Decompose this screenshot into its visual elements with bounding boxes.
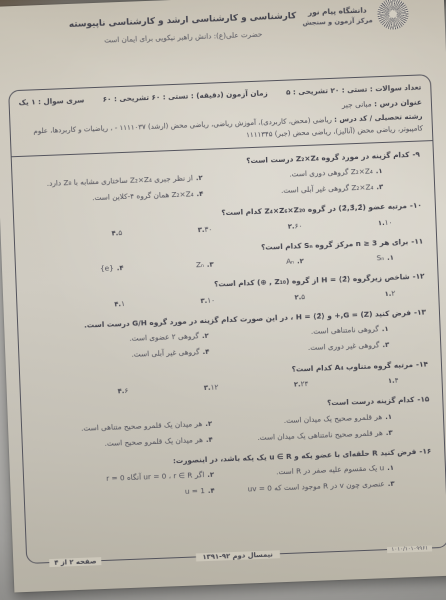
option-text: عنصری چون v در R موجود است که uv = 0 — [247, 479, 385, 493]
option: ۲.گروهی ۲ عضوی است. — [29, 331, 209, 348]
option-text: از نظر جبری Z₂×Z₄ ساختاری مشابه با Z₈ دا… — [47, 173, 193, 188]
question-number: ۱۰- — [410, 201, 422, 210]
option-mark: ۴. — [117, 264, 124, 272]
semester-label: نیمسال دوم ۹۲-۱۳۹۱ — [195, 550, 280, 561]
option-text: ۱ — [121, 299, 125, 308]
course-title-label: عنوان درس : — [374, 97, 422, 108]
option-mark: ۲. — [196, 174, 203, 182]
university-name: دانشگاه پیام نور — [302, 5, 373, 17]
option: ۲.Aₙ — [213, 256, 303, 270]
option-mark: ۳. — [386, 429, 393, 437]
option: ۴.۵ — [32, 228, 122, 242]
option-text: ۶ — [124, 386, 128, 395]
university-logo: دانشگاه پیام نور مرکز آزمون و سنجش — [302, 0, 409, 33]
option: ۴.Z₂×Z₄ همان گروه ۴-کلاین است. — [23, 189, 203, 206]
question-text: مرتبه عضو (2̄,3̄,2̄) در گروه Z₄×Z₆×Z₂₀ ک… — [221, 201, 407, 217]
question-9: ۹-کدام گزینه در مورد گروه Z₂×Z₄ درست است… — [22, 149, 421, 206]
question-text: فرض کنید R حلقه‌ای با عضو یکه و u ∈ R یک… — [173, 447, 417, 465]
option-mark: ۳. — [207, 261, 214, 269]
question-number: ۱۵- — [417, 394, 429, 403]
option-text: Z₂×Z₄ گروهی غیر آبلی است. — [281, 182, 374, 195]
question-13: ۱۳-فرض کنید (G = (Z,+ و ⟨2̄⟩ = H ، در ای… — [28, 307, 427, 364]
option-text: هر قلمرو صحیح نامتناهی یک میدان است. — [257, 428, 383, 442]
option-mark: ۳. — [376, 183, 383, 191]
option-mark: ۴. — [196, 190, 203, 198]
option-mark: ۱. — [382, 325, 389, 333]
option: ۱.گروهی نامتناهی است. — [209, 324, 389, 341]
option-mark: ۱. — [387, 254, 394, 262]
exam-serial-number: ۱۰۱۰/۱۰۱۰۹۹۶۱ — [387, 545, 432, 553]
option: ۱.u یک مقسوم علیه صفر در R است. — [214, 463, 394, 480]
option-mark: ۴. — [202, 348, 209, 356]
option-text: گروهی نامتناهی است. — [311, 325, 379, 337]
option-text: Z₂×Z₄ گروهی دوری است. — [289, 166, 373, 178]
option: ۱.Z₂×Z₄ گروهی دوری است. — [202, 166, 382, 183]
question-16: ۱۶-فرض کنید R حلقه‌ای با عضو یکه و u ∈ R… — [33, 446, 432, 503]
option: ۴.{e} — [33, 263, 123, 277]
option-text: هر میدان یک قلمرو صحیح است. — [104, 435, 203, 448]
option: ۳.هر قلمرو صحیح نامتناهی یک میدان است. — [212, 428, 392, 445]
option: ۱.۲ — [305, 288, 395, 302]
option-text: Aₙ — [286, 257, 294, 266]
question-text: شاخص زیرگروه ⟨2̄⟩ = H از گروه (Z₁₀ , ⊕) … — [214, 272, 410, 289]
question-number: ۱۶- — [419, 446, 431, 455]
question-11: ۱۱-برای هر n ≥ 3 مرکز گروه Sₙ کدام است؟ … — [25, 236, 424, 277]
option-text: Z₂×Z₄ همان گروه ۴-کلاین است. — [92, 189, 194, 202]
question-text: مرتبه گروه متناوب A₄ کدام است؟ — [291, 359, 413, 373]
option-text: ۲۴ — [300, 379, 308, 388]
option-text: هر میدان یک قلمرو صحیح متناهی است. — [81, 419, 203, 433]
option: ۴.هر میدان یک قلمرو صحیح است. — [33, 434, 213, 451]
option: ۲.۲۴ — [218, 379, 308, 393]
question-number: ۹- — [412, 149, 420, 158]
option: ۱.۴ — [308, 376, 398, 390]
option: ۲.هر میدان یک قلمرو صحیح متناهی است. — [32, 418, 212, 435]
option: ۱.Sₙ — [304, 253, 394, 267]
option-mark: ۲. — [297, 257, 304, 265]
question-text: کدام گزینه در مورد گروه Z₂×Z₄ درست است؟ — [246, 149, 409, 164]
option-text: ۱۰ — [384, 217, 392, 226]
option-mark: ۳. — [388, 480, 395, 488]
option: ۳.Z₂×Z₄ گروهی غیر آبلی است. — [203, 182, 383, 199]
option-text: u = 1 — [185, 486, 205, 496]
header-titles: کارشناسی و کارشناسی ارشد و کارشناسی ناپی… — [60, 11, 305, 46]
exam-content-box: تعداد سوالات : تستی : ۲۰ تشریحی : ۵ زمان… — [8, 74, 446, 564]
option: ۳.۳۰ — [122, 224, 212, 238]
university-center: مرکز آزمون و سنجش — [302, 16, 373, 27]
option: ۲.۶۰ — [212, 221, 302, 235]
option-text: گروهی ۲ عضوی است. — [129, 332, 199, 344]
program-title: کارشناسی و کارشناسی ارشد و کارشناسی ناپی… — [60, 11, 304, 30]
option: ۱.هر قلمرو صحیح یک میدان است. — [212, 412, 392, 429]
option: ۳.Zₙ — [123, 260, 213, 274]
option-mark: ۲. — [202, 332, 209, 340]
question-15: ۱۵-کدام گزینه درست است؟ ۱.هر قلمرو صحیح … — [31, 394, 430, 451]
option-text: ۳۰ — [204, 224, 212, 233]
university-sunburst-icon — [377, 0, 409, 30]
header-quote: حضرت علی(ع): دانش راهبر نیکویی برای ایما… — [61, 28, 305, 46]
option-text: Sₙ — [376, 253, 384, 262]
option-text: Zₙ — [196, 260, 204, 269]
option-text: ۱۲ — [210, 383, 218, 392]
option: ۴.۶ — [38, 386, 128, 400]
option-text: گروهی غیر آبلی است. — [131, 348, 199, 360]
option-mark: ۱. — [385, 413, 392, 421]
photo-background: کارشناسی و کارشناسی ارشد و کارشناسی ناپی… — [0, 0, 446, 600]
option: ۲.اگر ur = 0 ، r ∈ R آنگاه r = 0 — [34, 470, 214, 487]
option: ۱.۱۰ — [302, 217, 392, 231]
question-text: برای هر n ≥ 3 مرکز گروه Sₙ کدام است؟ — [261, 237, 409, 252]
question-series: سری سوال : ۱ یک — [18, 95, 84, 107]
option-text: ۴ — [394, 376, 398, 385]
option-mark: ۳. — [382, 341, 389, 349]
option: ۳.عنصری چون v در R موجود است که uv = 0 — [214, 479, 394, 496]
option-text: u یک مقسوم علیه صفر در R است. — [276, 463, 384, 476]
option: ۳.گروهی غیر دوری است. — [209, 340, 389, 357]
option: ۲.۵ — [215, 292, 305, 306]
option: ۴.۱ — [35, 299, 125, 313]
option-text: ۲ — [391, 288, 395, 297]
option-text: گروهی غیر دوری است. — [308, 341, 380, 353]
option-text: ۵ — [118, 228, 122, 237]
option: ۳.۱۲ — [128, 383, 218, 397]
option-mark: ۲. — [205, 419, 212, 427]
question-number: ۱۱- — [411, 236, 423, 245]
option: ۲.از نظر جبری Z₂×Z₄ ساختاری مشابه با Z₈ … — [23, 173, 203, 190]
option-mark: ۲. — [207, 471, 214, 479]
option-text: اگر ur = 0 ، r ∈ R آنگاه r = 0 — [106, 470, 204, 483]
option-mark: ۴. — [208, 487, 215, 495]
course-title-value: مبانی جبر — [342, 99, 372, 109]
option-text: هر قلمرو صحیح یک میدان است. — [284, 412, 383, 425]
question-number: ۱۲- — [412, 272, 424, 281]
option: ۳.۱۰ — [125, 295, 215, 309]
question-number: ۱۳- — [414, 307, 426, 316]
field-code-label: رشته تحصیلی / کد درس : — [334, 112, 423, 123]
exam-paper: کارشناسی و کارشناسی ارشد و کارشناسی ناپی… — [0, 0, 446, 592]
page-indicator: صفحه ۲ از ۴ — [49, 557, 101, 567]
option-mark: ۱. — [387, 464, 394, 472]
question-number: ۱۴- — [416, 359, 428, 368]
option-mark: ۴. — [206, 435, 213, 443]
question-14: ۱۴-مرتبه گروه متناوب A₄ کدام است؟ ۱.۴ ۲.… — [30, 359, 429, 400]
option-text: ۱۰ — [207, 295, 215, 304]
option-mark: ۱. — [376, 167, 383, 175]
exam-time: زمان آزمون (دقیقه) : تستی : ۶۰ تشریحی : … — [103, 88, 268, 103]
option-text: ۵ — [301, 292, 305, 301]
question-10: ۱۰-مرتبه عضو (2̄,3̄,2̄) در گروه Z₄×Z₆×Z₂… — [24, 201, 423, 242]
option-text: {e} — [100, 264, 114, 274]
question-text: کدام گزینه درست است؟ — [327, 395, 415, 407]
option: ۴.گروهی غیر آبلی است. — [29, 347, 209, 364]
questions-area: ۹-کدام گزینه در مورد گروه Z₂×Z₄ درست است… — [12, 141, 446, 504]
questions-count: تعداد سوالات : تستی : ۲۰ تشریحی : ۵ — [286, 82, 422, 96]
question-12: ۱۲-شاخص زیرگروه ⟨2̄⟩ = H از گروه (Z₁₀ , … — [27, 272, 426, 313]
option-text: ۶۰ — [294, 221, 302, 230]
option: ۴.u = 1 — [35, 486, 215, 503]
